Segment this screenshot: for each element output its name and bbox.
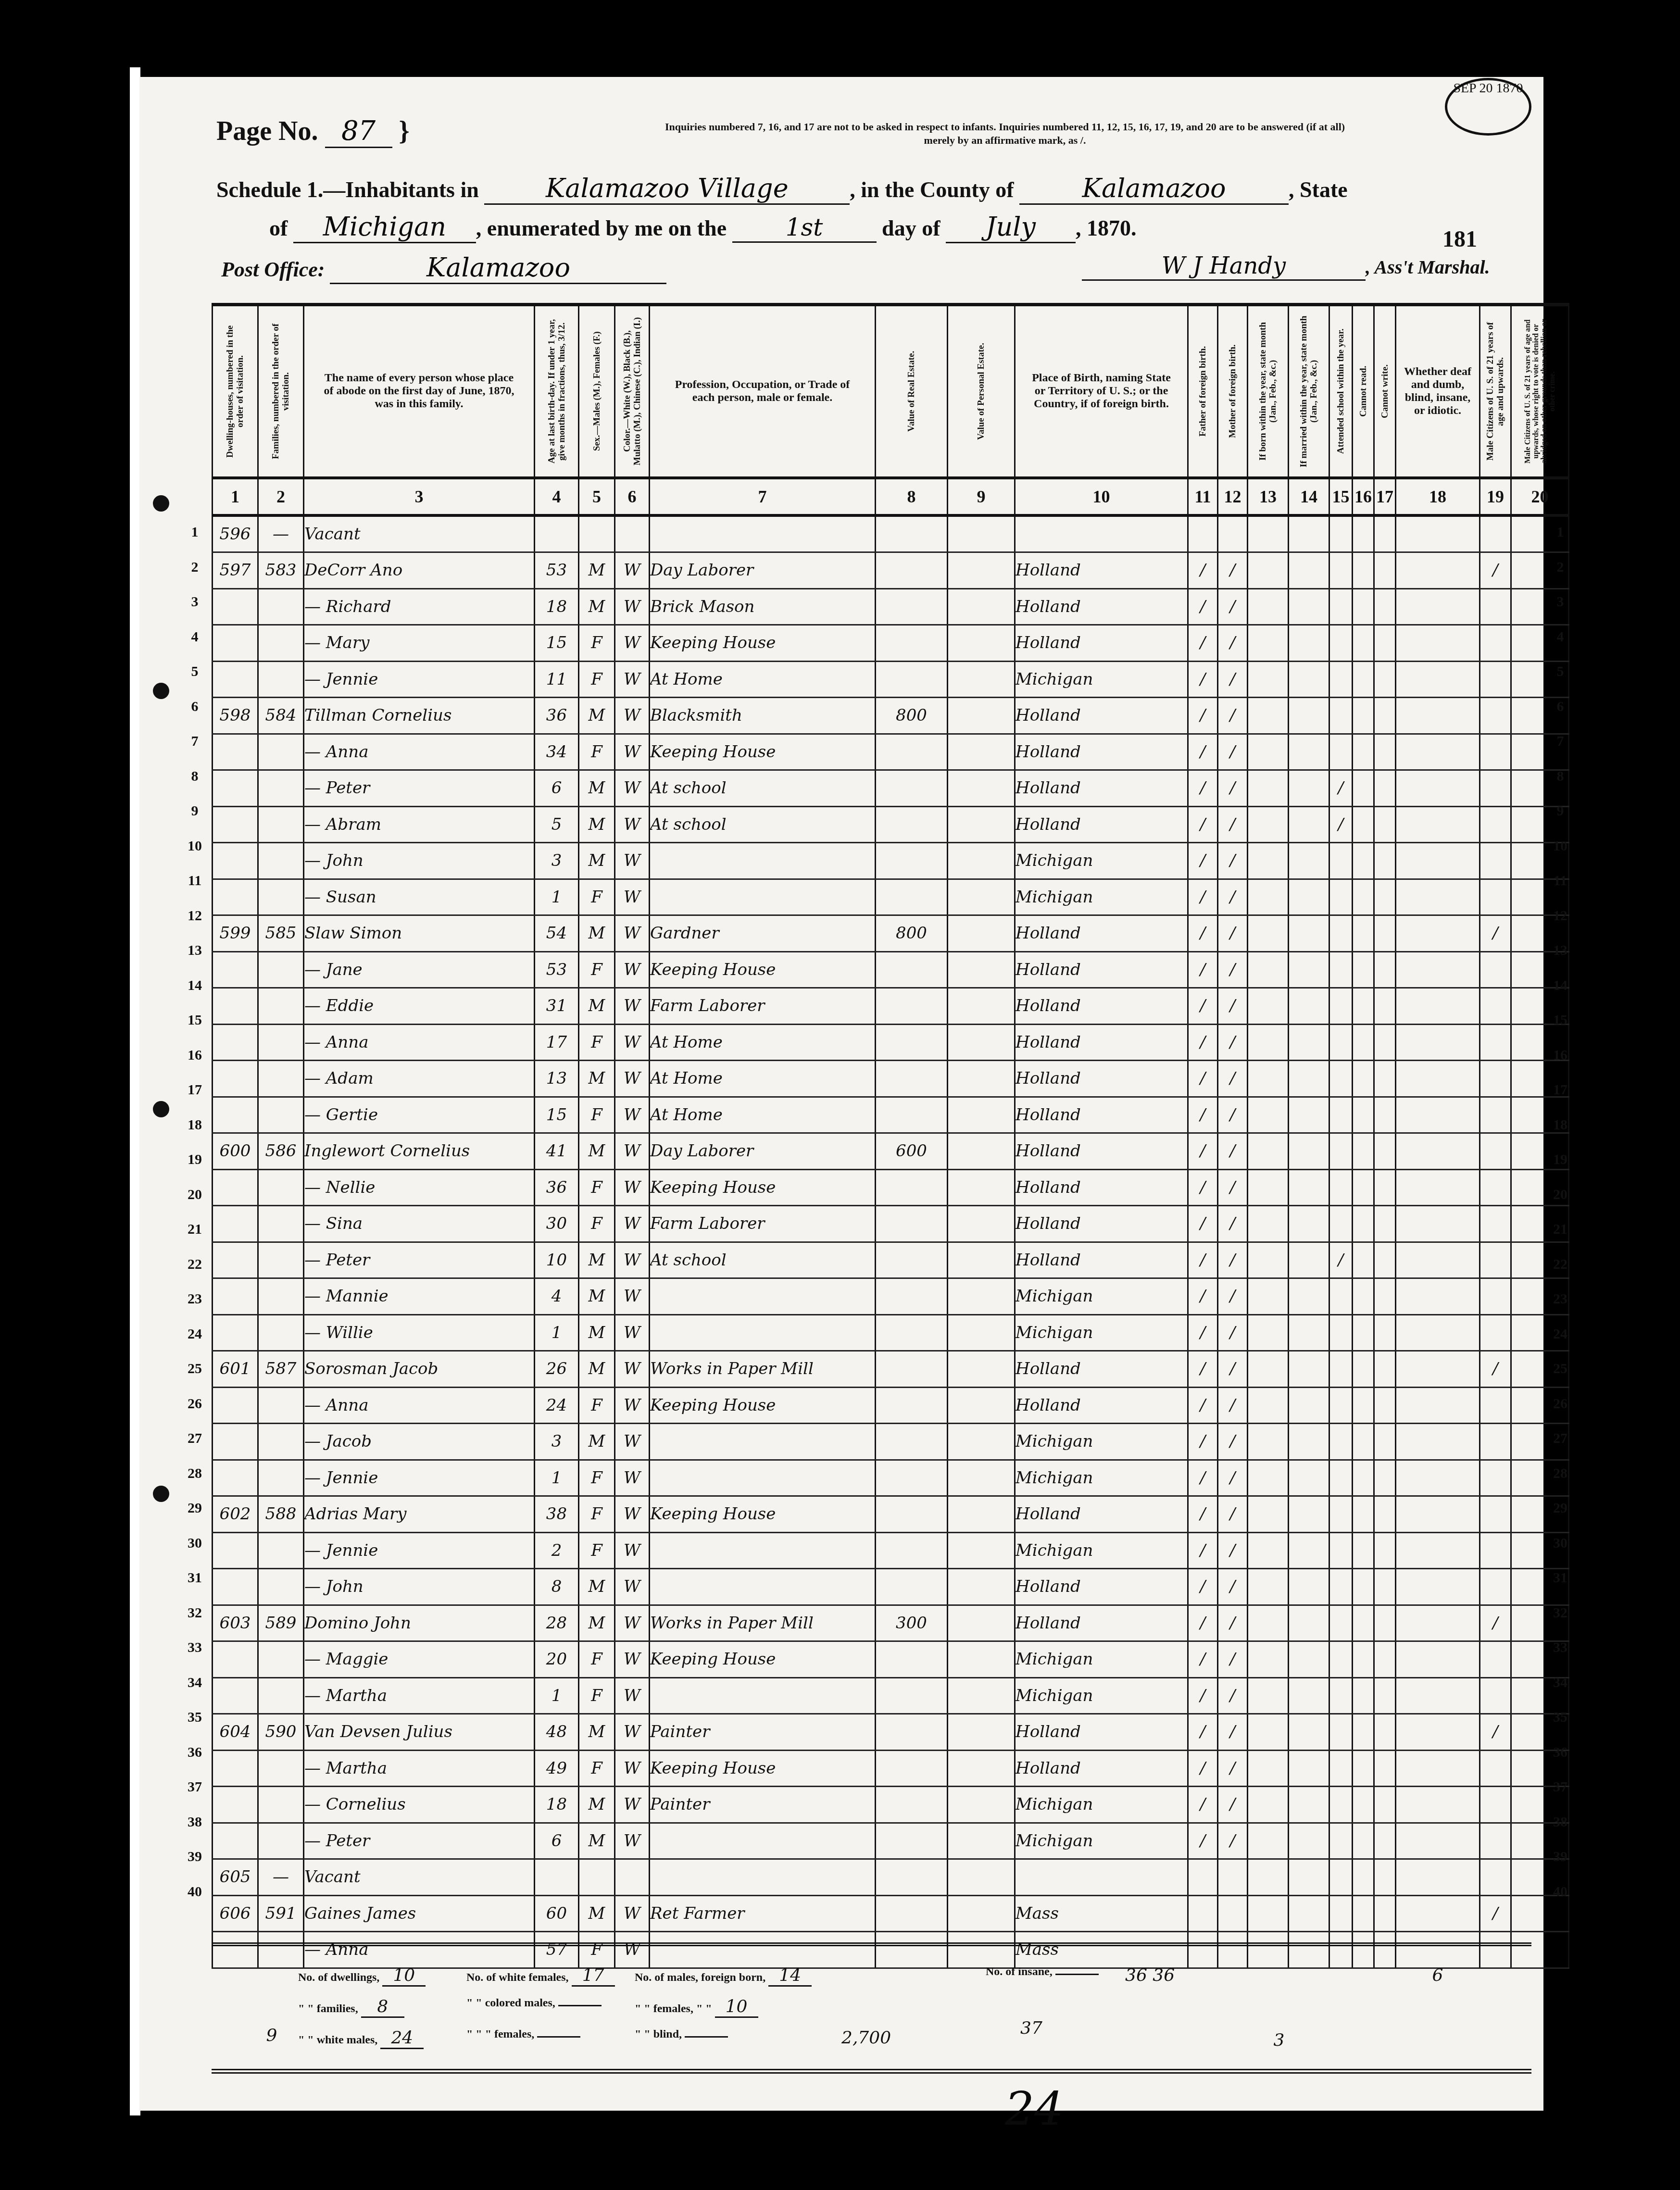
cell-empty xyxy=(1396,1314,1480,1351)
cell-occupation xyxy=(650,1314,876,1351)
cell-dwelling xyxy=(213,625,258,662)
cell-real-estate xyxy=(876,1532,948,1569)
cell-name: Adrias Mary xyxy=(304,1496,535,1533)
table-row: — Nellie36FWKeeping HouseHolland// xyxy=(213,1169,1569,1206)
cell-color: W xyxy=(615,661,650,698)
cell-personal-estate xyxy=(948,1206,1015,1242)
cell-empty xyxy=(1289,1024,1329,1061)
cell-citizen xyxy=(1480,1097,1511,1133)
line-number: 9 xyxy=(183,803,207,819)
cell-empty xyxy=(1289,1424,1329,1460)
table-row: — Cornelius18MWPainterMichigan// xyxy=(213,1787,1569,1823)
cell-sex: F xyxy=(579,1206,615,1242)
cell-empty xyxy=(1289,552,1329,589)
cell-age: 3 xyxy=(535,843,579,879)
cell-personal-estate xyxy=(948,625,1015,662)
cell-empty xyxy=(1374,843,1396,879)
cell-empty xyxy=(1374,1859,1396,1896)
cell-citizen xyxy=(1480,1569,1511,1605)
cell-family xyxy=(258,1061,304,1097)
cell-color: W xyxy=(615,1169,650,1206)
cell-empty xyxy=(1374,734,1396,770)
cell-empty xyxy=(1289,661,1329,698)
cell-empty xyxy=(1248,1242,1289,1278)
cell-family xyxy=(258,806,304,843)
cell-name: — Jane xyxy=(304,951,535,988)
cell-father-foreign: / xyxy=(1188,1787,1218,1823)
cell-father-foreign: / xyxy=(1188,915,1218,952)
cell-personal-estate xyxy=(948,1714,1015,1751)
cell-sex: F xyxy=(579,625,615,662)
line-number: 31 xyxy=(1548,1570,1572,1586)
cell-family xyxy=(258,1206,304,1242)
cell-mother-foreign: / xyxy=(1218,552,1248,589)
cell-birthplace: Michigan xyxy=(1015,1641,1188,1678)
cell-empty xyxy=(1396,915,1480,952)
cell-sex: M xyxy=(579,1605,615,1641)
cell-dwelling xyxy=(213,951,258,988)
cell-dwelling xyxy=(213,1641,258,1678)
table-row: — Jennie1FWMichigan// xyxy=(213,1460,1569,1496)
line-number: 19 xyxy=(183,1151,207,1168)
cell-citizen xyxy=(1480,588,1511,625)
cell-birthplace: Holland xyxy=(1015,1206,1188,1242)
cell-personal-estate xyxy=(948,806,1015,843)
cell-father-foreign: / xyxy=(1188,843,1218,879)
cell-real-estate xyxy=(876,806,948,843)
cell-occupation xyxy=(650,1532,876,1569)
cell-occupation: At Home xyxy=(650,1024,876,1061)
cell-empty xyxy=(1396,588,1480,625)
cell-empty xyxy=(1289,988,1329,1025)
cell-citizen xyxy=(1480,1532,1511,1569)
cell-family xyxy=(258,734,304,770)
col-num: 5 xyxy=(579,478,615,515)
cell-school xyxy=(1329,552,1353,589)
cell-mother-foreign: / xyxy=(1218,1605,1248,1641)
cell-personal-estate xyxy=(948,588,1015,625)
line-number: 33 xyxy=(1548,1639,1572,1656)
cell-empty xyxy=(1396,661,1480,698)
cell-empty xyxy=(1353,770,1374,807)
marshal-label: , Ass't Marshal. xyxy=(1366,256,1490,278)
cell-color: W xyxy=(615,988,650,1025)
cell-occupation xyxy=(650,1424,876,1460)
cell-mother-foreign: / xyxy=(1218,770,1248,807)
line-number: 24 xyxy=(1548,1326,1572,1342)
cell-name: — Abram xyxy=(304,806,535,843)
line-number: 3 xyxy=(183,594,207,610)
state-value: Michigan xyxy=(293,212,476,243)
cell-name: — Jennie xyxy=(304,1460,535,1496)
col-header-2: Families, numbered in the order of visit… xyxy=(258,305,304,478)
col-num: 1 xyxy=(213,478,258,515)
col-header-3: The name of every person whose place of … xyxy=(304,305,535,478)
cell-family: — xyxy=(258,515,304,552)
cell-empty xyxy=(1396,1605,1480,1641)
cell-citizen xyxy=(1480,1061,1511,1097)
cell-family xyxy=(258,1532,304,1569)
colored-males-count: " " colored males, xyxy=(466,1997,602,2010)
cell-age: 34 xyxy=(535,734,579,770)
cell-father-foreign: / xyxy=(1188,1024,1218,1061)
line-number: 27 xyxy=(1548,1430,1572,1447)
col-num: 12 xyxy=(1218,478,1248,515)
cell-real-estate xyxy=(876,1206,948,1242)
table-row: — Willie1MWMichigan// xyxy=(213,1314,1569,1351)
cell-school xyxy=(1329,1024,1353,1061)
col-header-9: Value of Personal Estate. xyxy=(948,305,1015,478)
cell-sex: F xyxy=(579,1750,615,1787)
cell-age: 1 xyxy=(535,1314,579,1351)
line-number: 38 xyxy=(1548,1814,1572,1830)
cell-age: 36 xyxy=(535,1169,579,1206)
cell-empty xyxy=(1396,1787,1480,1823)
cell-empty xyxy=(1396,1133,1480,1170)
cell-school xyxy=(1329,1169,1353,1206)
cell-empty xyxy=(1374,1133,1396,1170)
real-estate-total: 2,700 xyxy=(841,2028,891,2048)
cell-empty xyxy=(1374,1895,1396,1932)
col-header-5: Sex.—Males (M.), Females (F.) xyxy=(579,305,615,478)
cell-school xyxy=(1329,661,1353,698)
cell-citizen xyxy=(1480,1024,1511,1061)
cell-school xyxy=(1329,1569,1353,1605)
cell-mother-foreign: / xyxy=(1218,1387,1248,1424)
line-number: 32 xyxy=(183,1605,207,1621)
cell-name: — Martha xyxy=(304,1677,535,1714)
cell-real-estate: 800 xyxy=(876,915,948,952)
cell-empty xyxy=(1396,1641,1480,1678)
cell-empty xyxy=(1353,1823,1374,1859)
cell-sex xyxy=(579,1859,615,1896)
col-header-6: Color.—White (W.), Black (B.), Mulatto (… xyxy=(615,305,650,478)
col-header-16: Cannot read. xyxy=(1353,305,1374,478)
cell-occupation: Works in Paper Mill xyxy=(650,1605,876,1641)
cell-empty xyxy=(1374,806,1396,843)
cell-family xyxy=(258,1424,304,1460)
table-row: 597583DeCorr Ano53MWDay LaborerHolland//… xyxy=(213,552,1569,589)
cell-empty xyxy=(1248,1496,1289,1533)
cell-age: 17 xyxy=(535,1024,579,1061)
cell-real-estate xyxy=(876,1242,948,1278)
line-number: 35 xyxy=(183,1709,207,1726)
colored-females-count: " " " females, xyxy=(466,2028,580,2041)
cell-name: — Gertie xyxy=(304,1097,535,1133)
cell-sex: M xyxy=(579,1787,615,1823)
cell-occupation xyxy=(650,515,876,552)
cell-mother-foreign: / xyxy=(1218,661,1248,698)
cell-father-foreign: / xyxy=(1188,951,1218,988)
cell-personal-estate xyxy=(948,1387,1015,1424)
cell-birthplace: Holland xyxy=(1015,988,1188,1025)
cell-empty xyxy=(1511,1895,1569,1932)
table-row: — Jennie11FWAt HomeMichigan// xyxy=(213,661,1569,698)
cell-dwelling xyxy=(213,734,258,770)
cell-empty xyxy=(1396,1061,1480,1097)
cell-empty xyxy=(1289,1787,1329,1823)
census-rows: 596—Vacant597583DeCorr Ano53MWDay Labore… xyxy=(213,515,1569,1968)
col-header-14: If married within the year, state month … xyxy=(1289,305,1329,478)
cell-empty xyxy=(1248,1569,1289,1605)
cell-sex: F xyxy=(579,1169,615,1206)
cell-empty xyxy=(1396,1750,1480,1787)
col-header-10: Place of Birth, naming State or Territor… xyxy=(1015,305,1188,478)
cell-personal-estate xyxy=(948,1895,1015,1932)
cell-dwelling xyxy=(213,1424,258,1460)
cell-occupation xyxy=(650,879,876,915)
cell-family xyxy=(258,1169,304,1206)
cell-mother-foreign: / xyxy=(1218,625,1248,662)
cell-father-foreign: / xyxy=(1188,1314,1218,1351)
cell-real-estate xyxy=(876,988,948,1025)
cell-empty xyxy=(1353,1569,1374,1605)
cell-sex: M xyxy=(579,1314,615,1351)
line-number: 40 xyxy=(183,1884,207,1900)
line-number: 34 xyxy=(1548,1675,1572,1691)
cell-sex: M xyxy=(579,588,615,625)
cell-sex: M xyxy=(579,1278,615,1315)
cell-citizen xyxy=(1480,661,1511,698)
cell-school xyxy=(1329,1460,1353,1496)
cell-school xyxy=(1329,698,1353,734)
cell-empty xyxy=(1248,625,1289,662)
cell-mother-foreign: / xyxy=(1218,1787,1248,1823)
cell-empty xyxy=(1396,1823,1480,1859)
table-row: — Anna17FWAt HomeHolland// xyxy=(213,1024,1569,1061)
cell-color: W xyxy=(615,1242,650,1278)
cell-family: 587 xyxy=(258,1351,304,1388)
cell-school xyxy=(1329,1859,1353,1896)
cell-personal-estate xyxy=(948,1532,1015,1569)
cell-father-foreign: / xyxy=(1188,879,1218,915)
cell-mother-foreign: / xyxy=(1218,1750,1248,1787)
cell-real-estate xyxy=(876,843,948,879)
cell-birthplace: Michigan xyxy=(1015,1677,1188,1714)
cell-birthplace: Holland xyxy=(1015,1169,1188,1206)
col-header-18: Whether deaf and dumb, blind, insane, or… xyxy=(1396,305,1480,478)
cell-father-foreign: / xyxy=(1188,806,1218,843)
cell-color xyxy=(615,1859,650,1896)
line-number: 2 xyxy=(1548,559,1572,576)
cell-empty xyxy=(1396,625,1480,662)
cell-real-estate xyxy=(876,588,948,625)
line-number: 34 xyxy=(183,1675,207,1691)
line-number: 30 xyxy=(183,1535,207,1552)
line-number: 2 xyxy=(183,559,207,576)
cell-mother-foreign: / xyxy=(1218,879,1248,915)
cell-dwelling xyxy=(213,1206,258,1242)
cell-family xyxy=(258,1823,304,1859)
table-row: — Mannie4MWMichigan// xyxy=(213,1278,1569,1315)
cell-empty xyxy=(1289,698,1329,734)
cell-real-estate: 600 xyxy=(876,1133,948,1170)
cell-citizen xyxy=(1480,1242,1511,1278)
cell-color: W xyxy=(615,1314,650,1351)
line-number: 13 xyxy=(183,942,207,959)
cell-family xyxy=(258,1460,304,1496)
cell-empty xyxy=(1374,552,1396,589)
line-number: 27 xyxy=(183,1430,207,1447)
cell-sex: M xyxy=(579,770,615,807)
cell-empty xyxy=(1289,625,1329,662)
cell-empty xyxy=(1248,1460,1289,1496)
cell-empty xyxy=(1374,1097,1396,1133)
cell-empty xyxy=(1289,1714,1329,1751)
page-summary: No. of dwellings, 10 " " families, 8 " "… xyxy=(212,1942,1531,2074)
cell-school xyxy=(1329,1496,1353,1533)
cell-dwelling xyxy=(213,588,258,625)
cell-color: W xyxy=(615,806,650,843)
cell-mother-foreign: / xyxy=(1218,1569,1248,1605)
cell-dwelling: 603 xyxy=(213,1605,258,1641)
cell-citizen xyxy=(1480,1387,1511,1424)
cell-family xyxy=(258,588,304,625)
cell-citizen xyxy=(1480,515,1511,552)
col-num: 2 xyxy=(258,478,304,515)
cell-empty xyxy=(1289,1314,1329,1351)
line-number: 4 xyxy=(1548,629,1572,645)
line-number: 8 xyxy=(183,768,207,785)
cell-occupation: Keeping House xyxy=(650,951,876,988)
cell-birthplace: Michigan xyxy=(1015,661,1188,698)
table-row: 604590Van Devsen Julius48MWPainterHollan… xyxy=(213,1714,1569,1751)
cell-empty xyxy=(1374,1424,1396,1460)
cell-school xyxy=(1329,1787,1353,1823)
cell-age: 30 xyxy=(535,1206,579,1242)
cell-empty xyxy=(1396,552,1480,589)
cell-birthplace: Holland xyxy=(1015,1097,1188,1133)
cell-father-foreign: / xyxy=(1188,1569,1218,1605)
cell-empty xyxy=(1289,915,1329,952)
cell-name: — Anna xyxy=(304,734,535,770)
cell-dwelling xyxy=(213,1750,258,1787)
marshal-signature: W J Handy xyxy=(1082,252,1366,281)
cell-sex: F xyxy=(579,1097,615,1133)
cell-occupation: At Home xyxy=(650,1097,876,1133)
cell-real-estate xyxy=(876,515,948,552)
cell-empty xyxy=(1396,698,1480,734)
table-row: — Adam13MWAt HomeHolland// xyxy=(213,1061,1569,1097)
cell-name: Vacant xyxy=(304,515,535,552)
cell-dwelling: 599 xyxy=(213,915,258,952)
table-row: 605—Vacant xyxy=(213,1859,1569,1896)
cell-empty xyxy=(1289,951,1329,988)
cell-real-estate xyxy=(876,1714,948,1751)
citizens-total: 6 xyxy=(1428,1965,1447,1985)
cell-real-estate xyxy=(876,1859,948,1896)
line-number: 39 xyxy=(183,1849,207,1865)
cell-sex: M xyxy=(579,552,615,589)
cell-sex: M xyxy=(579,1823,615,1859)
line-number: 37 xyxy=(183,1779,207,1795)
cell-mother-foreign: / xyxy=(1218,734,1248,770)
cell-family: 589 xyxy=(258,1605,304,1641)
cell-color: W xyxy=(615,879,650,915)
cell-school xyxy=(1329,734,1353,770)
cell-empty xyxy=(1374,1569,1396,1605)
cell-occupation: Farm Laborer xyxy=(650,988,876,1025)
cell-dwelling xyxy=(213,1278,258,1315)
cell-name: Tillman Cornelius xyxy=(304,698,535,734)
cell-birthplace: Michigan xyxy=(1015,1424,1188,1460)
cell-occupation: Keeping House xyxy=(650,625,876,662)
line-number: 6 xyxy=(183,699,207,715)
cell-dwelling xyxy=(213,1532,258,1569)
line-number: 35 xyxy=(1548,1709,1572,1726)
cell-dwelling: 600 xyxy=(213,1133,258,1170)
cell-birthplace: Holland xyxy=(1015,1714,1188,1751)
cell-empty xyxy=(1396,1714,1480,1751)
cell-real-estate xyxy=(876,1061,948,1097)
cell-occupation: At Home xyxy=(650,1061,876,1097)
cell-school xyxy=(1329,1641,1353,1678)
cell-school xyxy=(1329,1605,1353,1641)
cell-sex: F xyxy=(579,661,615,698)
cell-mother-foreign: / xyxy=(1218,1532,1248,1569)
cell-sex: M xyxy=(579,1061,615,1097)
cell-personal-estate xyxy=(948,1024,1015,1061)
cell-name: Inglewort Cornelius xyxy=(304,1133,535,1170)
cell-real-estate xyxy=(876,1460,948,1496)
cell-sex: F xyxy=(579,1024,615,1061)
post-office-value: Kalamazoo xyxy=(330,252,666,284)
cell-dwelling xyxy=(213,806,258,843)
cell-age: 2 xyxy=(535,1532,579,1569)
cell-empty xyxy=(1353,1351,1374,1388)
cell-citizen xyxy=(1480,1677,1511,1714)
cell-citizen xyxy=(1480,698,1511,734)
cell-empty xyxy=(1289,1387,1329,1424)
cell-father-foreign: / xyxy=(1188,1532,1218,1569)
cell-family xyxy=(258,951,304,988)
cell-age xyxy=(535,515,579,552)
cell-real-estate xyxy=(876,552,948,589)
page-label: Page No. xyxy=(216,116,318,146)
cell-empty xyxy=(1396,951,1480,988)
cell-citizen xyxy=(1480,1496,1511,1533)
cell-personal-estate xyxy=(948,661,1015,698)
cell-empty xyxy=(1353,1024,1374,1061)
cell-personal-estate xyxy=(948,1496,1015,1533)
cell-personal-estate xyxy=(948,843,1015,879)
col-header-19: Male Citizens of U. S. of 21 years of ag… xyxy=(1480,305,1511,478)
cell-empty xyxy=(1374,661,1396,698)
cell-family: — xyxy=(258,1859,304,1896)
cell-empty xyxy=(1289,1061,1329,1097)
col-num: 10 xyxy=(1015,478,1188,515)
cell-name: — Nellie xyxy=(304,1169,535,1206)
cell-empty xyxy=(1374,1641,1396,1678)
cell-age: 36 xyxy=(535,698,579,734)
table-row: — Anna24FWKeeping HouseHolland// xyxy=(213,1387,1569,1424)
white-females-count: No. of white females, 17 xyxy=(466,1965,615,1987)
cell-empty xyxy=(1374,1750,1396,1787)
page-binding-edge xyxy=(130,67,140,2115)
col-header-17: Cannot write. xyxy=(1374,305,1396,478)
cell-birthplace: Michigan xyxy=(1015,1314,1188,1351)
table-row: — Jennie2FWMichigan// xyxy=(213,1532,1569,1569)
bottom-page-note: 24 xyxy=(1005,2082,1064,2136)
cell-empty xyxy=(1289,1641,1329,1678)
cell-family xyxy=(258,770,304,807)
line-number: 37 xyxy=(1548,1779,1572,1795)
cell-color: W xyxy=(615,1532,650,1569)
cell-empty xyxy=(1289,1823,1329,1859)
cell-empty xyxy=(1248,734,1289,770)
cell-personal-estate xyxy=(948,1569,1015,1605)
cell-birthplace xyxy=(1015,515,1188,552)
